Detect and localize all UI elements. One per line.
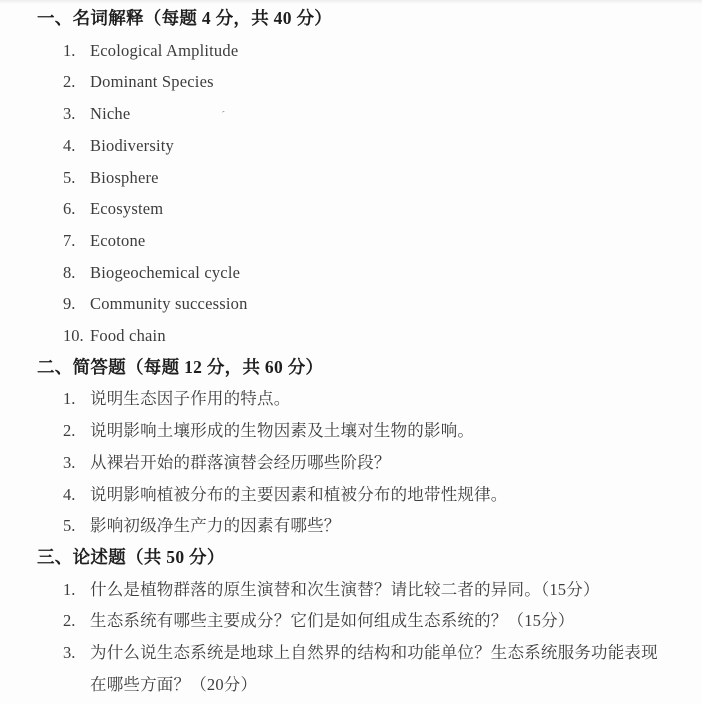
- item-text: Ecological Amplitude: [90, 35, 238, 67]
- item-text: Ecotone: [90, 225, 145, 257]
- essay-item-2: 2. 生态系统有哪些主要成分？它们是如何组成生态系统的？（15分）: [37, 605, 696, 637]
- item-number: 5.: [63, 162, 90, 194]
- term-item-10: 10. Food chain: [37, 320, 696, 352]
- term-item-9: 9. Community succession: [37, 288, 696, 320]
- item-text: 为什么说生态系统是地球上自然界的结构和功能单位？生态系统服务功能表现 在哪些方面…: [90, 637, 658, 700]
- item-number: 4.: [63, 130, 90, 162]
- exam-page: 一、名词解释（每题 4 分，共 40 分） 1. Ecological Ampl…: [0, 0, 702, 704]
- item-text: Dominant Species: [90, 66, 214, 98]
- item-text: 说明影响植被分布的主要因素和植被分布的地带性规律。: [90, 479, 508, 511]
- item-number: 1.: [63, 383, 90, 415]
- item-text-line-1: 为什么说生态系统是地球上自然界的结构和功能单位？生态系统服务功能表现: [90, 637, 658, 669]
- item-number: 3.: [63, 98, 90, 130]
- short-answer-item-1: 1. 说明生态因子作用的特点。: [37, 383, 696, 415]
- item-number: 2.: [63, 415, 90, 447]
- essay-item-3: 3. 为什么说生态系统是地球上自然界的结构和功能单位？生态系统服务功能表现 在哪…: [37, 637, 696, 700]
- item-number: 1.: [63, 574, 90, 606]
- item-number: 4.: [63, 479, 90, 511]
- term-item-1: 1. Ecological Amplitude: [37, 35, 696, 67]
- item-text: 从裸岩开始的群落演替会经历哪些阶段？: [90, 447, 391, 479]
- item-number: 3.: [63, 637, 90, 700]
- scan-edge-artifact: [0, 0, 702, 4]
- item-text: Biogeochemical cycle: [90, 257, 240, 289]
- term-item-7: 7. Ecotone: [37, 225, 696, 257]
- item-text: 说明影响土壤形成的生物因素及土壤对生物的影响。: [90, 415, 474, 447]
- short-answer-item-3: 3. 从裸岩开始的群落演替会经历哪些阶段？: [37, 447, 696, 479]
- item-number: 1.: [63, 35, 90, 67]
- term-item-4: 4. Biodiversity: [37, 130, 696, 162]
- item-text: 说明生态因子作用的特点。: [90, 383, 290, 415]
- section-1-heading: 一、名词解释（每题 4 分，共 40 分）: [37, 3, 696, 35]
- section-2-heading: 二、简答题（每题 12 分，共 60 分）: [37, 352, 696, 384]
- item-text-line-2: 在哪些方面？（20分）: [90, 669, 658, 701]
- item-number: 7.: [63, 225, 90, 257]
- item-text: Biosphere: [90, 162, 159, 194]
- short-answer-item-5: 5. 影响初级净生产力的因素有哪些？: [37, 510, 696, 542]
- short-answer-item-2: 2. 说明影响土壤形成的生物因素及土壤对生物的影响。: [37, 415, 696, 447]
- term-item-3: 3. Niche: [37, 98, 696, 130]
- item-text: Niche: [90, 98, 130, 130]
- item-number: 2.: [63, 66, 90, 98]
- item-text: Food chain: [90, 320, 166, 352]
- essay-item-1: 1. 什么是植物群落的原生演替和次生演替？请比较二者的异同。（15分）: [37, 574, 696, 606]
- item-number: 2.: [63, 605, 90, 637]
- item-text: 什么是植物群落的原生演替和次生演替？请比较二者的异同。（15分）: [90, 574, 600, 606]
- short-answer-item-4: 4. 说明影响植被分布的主要因素和植被分布的地带性规律。: [37, 479, 696, 511]
- item-number: 8.: [63, 257, 90, 289]
- item-number: 10.: [63, 320, 90, 352]
- term-item-8: 8. Biogeochemical cycle: [37, 257, 696, 289]
- item-text: Ecosystem: [90, 193, 163, 225]
- term-item-5: 5. Biosphere: [37, 162, 696, 194]
- item-number: 9.: [63, 288, 90, 320]
- term-item-2: 2. Dominant Species: [37, 66, 696, 98]
- item-text: Biodiversity: [90, 130, 174, 162]
- item-text: 影响初级净生产力的因素有哪些？: [90, 510, 341, 542]
- section-3-heading: 三、论述题（共 50 分）: [37, 542, 696, 574]
- item-text: 生态系统有哪些主要成分？它们是如何组成生态系统的？（15分）: [90, 605, 575, 637]
- item-number: 5.: [63, 510, 90, 542]
- item-text: Community succession: [90, 288, 248, 320]
- term-item-6: 6. Ecosystem: [37, 193, 696, 225]
- item-number: 3.: [63, 447, 90, 479]
- item-number: 6.: [63, 193, 90, 225]
